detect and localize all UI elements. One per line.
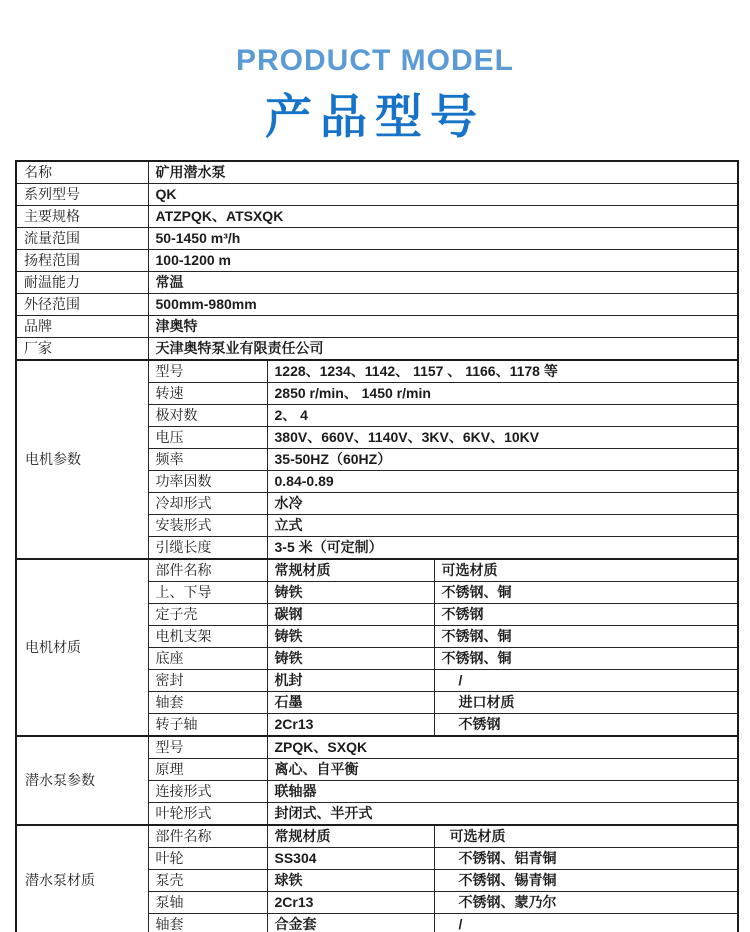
spec-value: 矿用潜水泵 [148,161,738,184]
material-optional: 不锈钢、铝青铜 [434,848,738,870]
spec-value: 水冷 [267,493,738,515]
material-part: 泵壳 [148,870,267,892]
spec-label: 安装形式 [148,515,267,537]
product-model-eyebrow: PRODUCT MODEL [0,44,750,78]
table-row: 品牌 津奥特 [16,316,738,338]
section-label-motor-params: 电机参数 [16,360,148,559]
material-part: 定子壳 [148,604,267,626]
spec-label: 型号 [148,360,267,383]
spec-value: ZPQK、SXQK [267,736,738,759]
material-part: 轴套 [148,914,267,932]
material-standard: 2Cr13 [267,714,434,737]
spec-label: 功率因数 [148,471,267,493]
material-optional-header: 可选材质 [434,559,738,582]
spec-value: 联轴器 [267,781,738,803]
material-optional: 不锈钢 [434,714,738,737]
spec-value: 0.84-0.89 [267,471,738,493]
table-row: 系列型号 QK [16,184,738,206]
spec-value: 天津奥特泵业有限责任公司 [148,338,738,361]
spec-label: 品牌 [16,316,148,338]
material-optional: 不锈钢、蒙乃尔 [434,892,738,914]
material-part: 上、下导 [148,582,267,604]
material-part-header: 部件名称 [148,559,267,582]
spec-label: 频率 [148,449,267,471]
spec-value: 常温 [148,272,738,294]
spec-label: 转速 [148,383,267,405]
table-row: 外径范围 500mm-980mm [16,294,738,316]
spec-label: 流量范围 [16,228,148,250]
table-row: 耐温能力 常温 [16,272,738,294]
material-standard-header: 常规材质 [267,825,434,848]
page: { "header": { "eyebrow": "PRODUCT MODEL"… [0,0,750,932]
spec-value: 津奥特 [148,316,738,338]
section-label-motor-materials: 电机材质 [16,559,148,736]
material-standard: 石墨 [267,692,434,714]
material-part: 底座 [148,648,267,670]
spec-label: 外径范围 [16,294,148,316]
spec-value: 1228、1234、1142、 1157 、 1166、1178 等 [267,360,738,383]
spec-label: 主要规格 [16,206,148,228]
spec-value: 380V、660V、1140V、3KV、6KV、10KV [267,427,738,449]
material-part-header: 部件名称 [148,825,267,848]
spec-label: 原理 [148,759,267,781]
material-standard: SS304 [267,848,434,870]
material-optional: / [434,670,738,692]
table-row: 名称 矿用潜水泵 [16,161,738,184]
page-header: PRODUCT MODEL 产品型号 [0,44,750,147]
spec-label: 叶轮形式 [148,803,267,826]
spec-value: 立式 [267,515,738,537]
material-standard-header: 常规材质 [267,559,434,582]
spec-value: 100-1200 m [148,250,738,272]
material-standard: 球铁 [267,870,434,892]
table-row: 流量范围 50-1450 m³/h [16,228,738,250]
spec-value: 2、 4 [267,405,738,427]
material-standard: 碳钢 [267,604,434,626]
table-row: 扬程范围 100-1200 m [16,250,738,272]
table-row: 主要规格 ATZPQK、ATSXQK [16,206,738,228]
spec-label: 耐温能力 [16,272,148,294]
material-part: 转子轴 [148,714,267,737]
spec-value: 50-1450 m³/h [148,228,738,250]
spec-value: ATZPQK、ATSXQK [148,206,738,228]
material-part: 轴套 [148,692,267,714]
material-optional: 不锈钢、铜 [434,582,738,604]
table-row: 潜水泵参数 型号 ZPQK、SXQK [16,736,738,759]
material-part: 泵轴 [148,892,267,914]
spec-label: 名称 [16,161,148,184]
material-standard: 2Cr13 [267,892,434,914]
spec-label: 极对数 [148,405,267,427]
spec-label: 扬程范围 [16,250,148,272]
section-label-pump-materials: 潜水泵材质 [16,825,148,932]
spec-label: 电压 [148,427,267,449]
spec-value: 35-50HZ（60HZ） [267,449,738,471]
material-optional: 不锈钢、铜 [434,626,738,648]
spec-table: 名称 矿用潜水泵 系列型号 QK 主要规格 ATZPQK、ATSXQK 流量范围… [15,160,739,932]
table-row: 厂家 天津奥特泵业有限责任公司 [16,338,738,361]
section-label-pump-params: 潜水泵参数 [16,736,148,825]
material-standard: 合金套 [267,914,434,932]
material-optional: 不锈钢、锡青铜 [434,870,738,892]
spec-label: 连接形式 [148,781,267,803]
spec-label: 冷却形式 [148,493,267,515]
spec-label: 型号 [148,736,267,759]
spec-label: 引缆长度 [148,537,267,560]
material-standard: 机封 [267,670,434,692]
material-part: 密封 [148,670,267,692]
spec-value: 500mm-980mm [148,294,738,316]
spec-value: 2850 r/min、 1450 r/min [267,383,738,405]
spec-label: 厂家 [16,338,148,361]
table-row: 潜水泵材质 部件名称 常规材质 可选材质 [16,825,738,848]
material-standard: 铸铁 [267,648,434,670]
material-standard: 铸铁 [267,626,434,648]
material-part: 叶轮 [148,848,267,870]
spec-value: 3-5 米（可定制） [267,537,738,560]
spec-value: 离心、自平衡 [267,759,738,781]
material-optional: 不锈钢 [434,604,738,626]
spec-value: 封闭式、半开式 [267,803,738,826]
table-row: 电机材质 部件名称 常规材质 可选材质 [16,559,738,582]
table-row: 电机参数 型号 1228、1234、1142、 1157 、 1166、1178… [16,360,738,383]
material-optional: / [434,914,738,932]
material-optional: 不锈钢、铜 [434,648,738,670]
material-part: 电机支架 [148,626,267,648]
material-standard: 铸铁 [267,582,434,604]
material-optional-header: 可选材质 [434,825,738,848]
spec-label: 系列型号 [16,184,148,206]
spec-value: QK [148,184,738,206]
page-title: 产品型号 [0,80,750,147]
material-optional: 进口材质 [434,692,738,714]
